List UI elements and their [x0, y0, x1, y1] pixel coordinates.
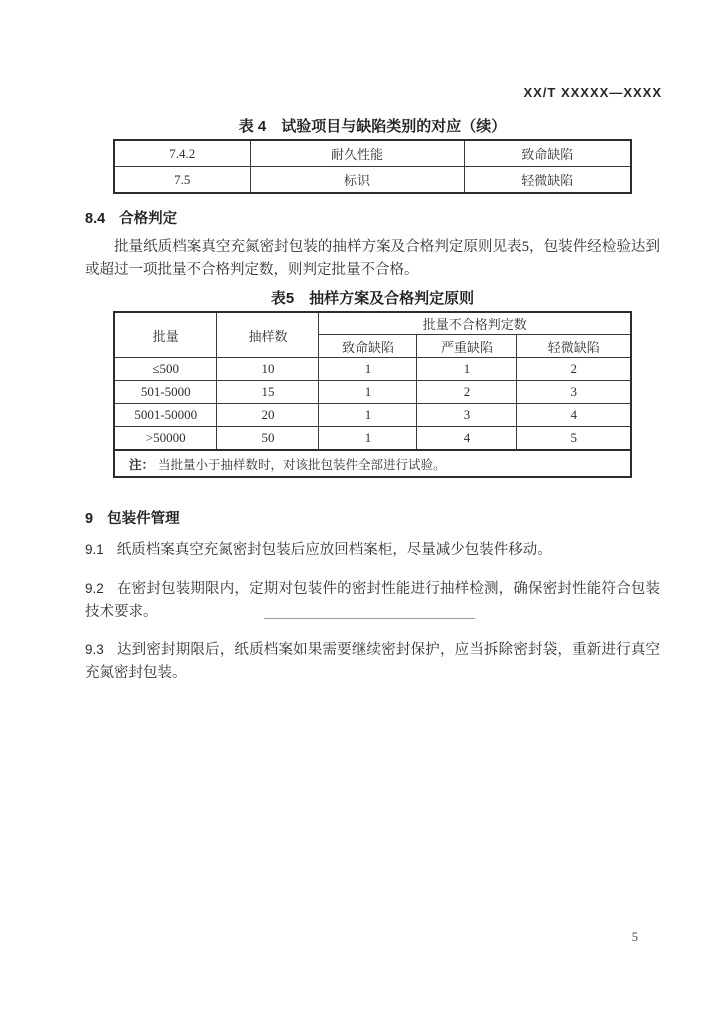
section-8-4-heading: 8.4合格判定 — [85, 207, 660, 228]
table-cell: 501-5000 — [114, 381, 217, 404]
page-number: 5 — [632, 930, 638, 945]
table-cell: >50000 — [114, 427, 217, 451]
column-header-minor-defect: 轻微缺陷 — [517, 335, 631, 358]
clause-9-2: 9.2在密封包装期限内，定期对包装件的密封性能进行抽样检测，确保密封性能符合包装… — [85, 577, 660, 624]
table4: 7.4.2 耐久性能 致命缺陷 7.5 标识 轻微缺陷 — [113, 139, 632, 194]
table-cell: 2 — [417, 381, 517, 404]
table-cell: 致命缺陷 — [464, 140, 631, 167]
table-cell: 耐久性能 — [250, 140, 464, 167]
section-number: 9 — [85, 511, 93, 527]
table-note-row: 注：当批量小于抽样数时，对该批包装件全部进行试验。 — [114, 450, 631, 477]
clause-number: 9.1 — [85, 542, 104, 557]
table-row: 7.4.2 耐久性能 致命缺陷 — [114, 140, 631, 167]
section-number: 8.4 — [85, 211, 105, 227]
section-9-heading: 9包装件管理 — [85, 507, 660, 528]
table4-title: 表 4 试验项目与缺陷类别的对应（续） — [85, 115, 660, 136]
clause-9-3: 9.3达到密封期限后，纸质档案如果需要继续密封保护，应当拆除密封袋，重新进行真空… — [85, 638, 660, 685]
table-row: 501-5000 15 1 2 3 — [114, 381, 631, 404]
document-page: XX/T XXXXX—XXXX 表 4 试验项目与缺陷类别的对应（续） 7.4.… — [0, 0, 720, 1019]
clause-number: 9.2 — [85, 581, 104, 596]
column-header-reject-numbers: 批量不合格判定数 — [319, 312, 631, 335]
clause-9-1: 9.1纸质档案真空充氮密封包装后应放回档案柜，尽量减少包装件移动。 — [85, 538, 660, 562]
note-label: 注： — [129, 458, 154, 472]
table-cell: 7.4.2 — [114, 140, 250, 167]
clause-text: 纸质档案真空充氮密封包装后应放回档案柜，尽量减少包装件移动。 — [117, 542, 552, 558]
table-header-row: 批量 抽样数 批量不合格判定数 — [114, 312, 631, 335]
table-cell: 1 — [319, 381, 417, 404]
section-title: 包装件管理 — [107, 511, 180, 527]
table-cell: 4 — [517, 404, 631, 427]
section-title: 合格判定 — [119, 211, 177, 227]
table-cell: 10 — [217, 358, 319, 381]
clause-text: 达到密封期限后，纸质档案如果需要继续密封保护，应当拆除密封袋，重新进行真空充氮密… — [85, 642, 660, 681]
table5-title: 表5 抽样方案及合格判定原则 — [85, 287, 660, 308]
table-cell: 标识 — [250, 167, 464, 194]
table-cell: 7.5 — [114, 167, 250, 194]
end-of-text-divider — [264, 618, 475, 619]
table-note-cell: 注：当批量小于抽样数时，对该批包装件全部进行试验。 — [114, 450, 631, 477]
table-row: 5001-50000 20 1 3 4 — [114, 404, 631, 427]
table-cell: 5 — [517, 427, 631, 451]
column-header-sample-size: 抽样数 — [217, 312, 319, 358]
table-cell: 5001-50000 — [114, 404, 217, 427]
table5: 批量 抽样数 批量不合格判定数 致命缺陷 严重缺陷 轻微缺陷 ≤500 10 1… — [113, 311, 632, 478]
table-row: ≤500 10 1 1 2 — [114, 358, 631, 381]
column-header-severe-defect: 严重缺陷 — [417, 335, 517, 358]
content-area: 表 4 试验项目与缺陷类别的对应（续） 7.4.2 耐久性能 致命缺陷 7.5 … — [85, 0, 660, 700]
table-cell: 1 — [417, 358, 517, 381]
table-cell: ≤500 — [114, 358, 217, 381]
column-header-fatal-defect: 致命缺陷 — [319, 335, 417, 358]
table-cell: 15 — [217, 381, 319, 404]
table-cell: 1 — [319, 404, 417, 427]
clause-text: 在密封包装期限内，定期对包装件的密封性能进行抽样检测，确保密封性能符合包装技术要… — [85, 581, 660, 620]
table-cell: 20 — [217, 404, 319, 427]
table-cell: 3 — [417, 404, 517, 427]
table-row: >50000 50 1 4 5 — [114, 427, 631, 451]
note-text: 当批量小于抽样数时，对该批包装件全部进行试验。 — [158, 458, 446, 472]
table-cell: 2 — [517, 358, 631, 381]
section-8-4-paragraph: 批量纸质档案真空充氮密封包装的抽样方案及合格判定原则见表5，包装件经检验达到或超… — [85, 236, 660, 282]
table-cell: 1 — [319, 427, 417, 451]
table-cell: 3 — [517, 381, 631, 404]
column-header-batch: 批量 — [114, 312, 217, 358]
table-cell: 50 — [217, 427, 319, 451]
table-cell: 4 — [417, 427, 517, 451]
table-cell: 1 — [319, 358, 417, 381]
table-row: 7.5 标识 轻微缺陷 — [114, 167, 631, 194]
clause-number: 9.3 — [85, 642, 104, 657]
table-cell: 轻微缺陷 — [464, 167, 631, 194]
